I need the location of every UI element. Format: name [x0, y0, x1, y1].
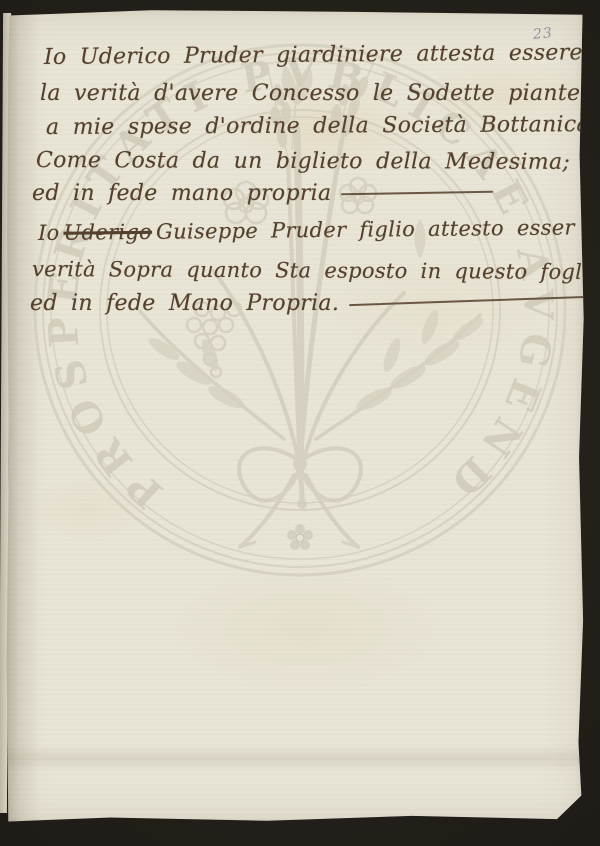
handwritten-line-8: ed in fede Mano Propria.: [30, 291, 587, 316]
handwritten-line-2: la verità d'avere Concesso le Sodette pi…: [40, 81, 580, 106]
line-text: Io: [38, 221, 60, 245]
scan-background: PROSPERITATI PVBLICAE AVGENDAE: [0, 0, 600, 846]
ink-flourish-line: [341, 191, 493, 196]
handwritten-line-3: a mie spese d'ordine della Società Botta…: [46, 112, 590, 140]
struck-word: Uderigo: [63, 220, 152, 245]
handwritten-line-4: Come Costa da un biglieto della Medesima…: [36, 148, 570, 175]
ink-flourish-line: [349, 296, 587, 306]
line-text: Guiseppe Pruder figlio attesto esser la: [156, 215, 600, 244]
handwritten-line-7: verità Sopra quanto Sta esposto in quest…: [32, 257, 600, 284]
line-text: ed in fede mano propria: [32, 181, 331, 206]
handwritten-line-1: Io Uderico Pruder giardiniere attesta es…: [44, 40, 583, 70]
seal-rosette-icon: [287, 524, 313, 550]
line-text: ed in fede Mano Propria.: [30, 291, 339, 316]
handwritten-line-5: ed in fede mano propria: [32, 181, 493, 206]
manuscript-page: PROSPERITATI PVBLICAE AVGENDAE: [6, 9, 586, 824]
